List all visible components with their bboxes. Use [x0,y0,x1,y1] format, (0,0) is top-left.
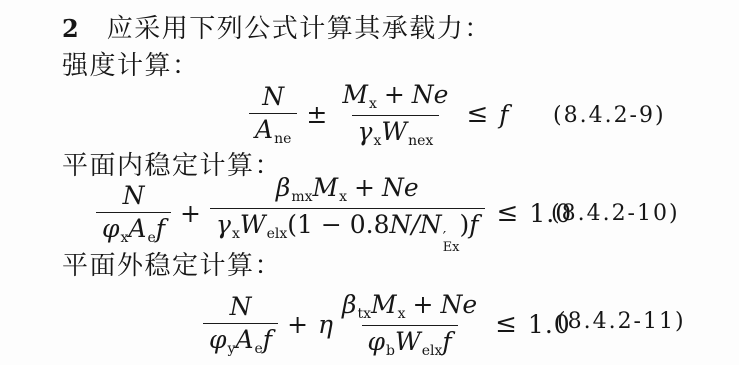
math-var: M [371,290,397,319]
math-sub: elx [422,343,443,359]
plus-operator: + [287,311,308,340]
equation-number: (8.4.2-10) [551,201,680,226]
math-sub: x [369,96,377,112]
fraction-denominator: γxWelx(1 − 0.8N/N′Ex)f [210,208,485,254]
document-page: 2应采用下列公式计算其承载力： 强度计算： N Ane ± Mx+Ne γxWn… [0,0,739,365]
math-var: W [240,210,266,239]
math-var: γ [358,117,373,146]
math-var: f [499,101,509,130]
fraction-numerator: N [224,293,258,324]
math-var: φ [102,214,120,243]
clause-heading: 2应采用下列公式计算其承载力： [62,15,492,44]
math-sub: mx [291,189,312,205]
fraction-numerator: βmxMx+Ne [270,174,425,207]
fraction-denominator: γxWnex [352,115,440,149]
math-sub: x [398,306,406,322]
math-var: β [342,290,356,319]
plus-operator: + [354,173,375,202]
math-sub: ne [274,131,291,147]
prime-mark: ′ [443,230,446,241]
math-text: ) [460,210,470,239]
math-var: φ [209,325,227,354]
math-sub: e [147,230,155,246]
fraction: N φyAef [203,293,278,358]
fraction-numerator: Mx+Ne [336,81,454,114]
equation-number: (8.4.2-9) [553,103,666,128]
prime-subscript-stack: ′Ex [443,230,460,254]
section-label-out-of-plane-stability: 平面外稳定计算： [62,252,282,281]
math-var: f [469,210,478,239]
fraction: N φxAef [96,182,171,247]
formula-in-plane-stability: N φxAef + βmxMx+Ne γxWelx(1 − 0.8N/N′Ex)… [96,185,572,243]
math-var: f [156,214,165,243]
math-sub: b [386,343,395,359]
math-var: Ne [412,80,449,109]
equation-number: (8.4.2-11) [557,309,686,334]
fraction: Mx+Ne γxWnex [336,81,454,148]
leq-sign: ≤ [497,199,519,229]
math-var: γ [216,210,231,239]
fraction-denominator: Ane [249,113,297,147]
clause-number: 2 [62,14,79,43]
math-var-eta: η [318,311,333,340]
math-sub: tx [357,306,371,322]
math-var: W [381,117,407,146]
math-var: M [342,80,368,109]
math-sub: nex [408,133,433,149]
math-var: M [313,173,339,202]
math-var: f [442,327,451,356]
fraction-numerator: βtxMx+Ne [336,291,483,324]
leq-sign: ≤ [466,100,488,130]
math-text: (1 − 0.8 [287,210,389,239]
formula-strength: N Ane ± Mx+Ne γxWnex ≤ f [249,88,510,142]
math-var: A [128,214,146,243]
math-sub: x [339,189,347,205]
math-sub: x [232,226,240,242]
fraction-numerator: N [117,182,151,213]
fraction-denominator: φyAef [203,323,278,357]
math-var: Ne [440,290,477,319]
math-var: φ [368,327,386,356]
fraction: βmxMx+Ne γxWelx(1 − 0.8N/N′Ex)f [210,174,485,253]
fraction: N Ane [249,83,297,148]
math-var: N/N [390,210,442,239]
clause-heading-text: 应采用下列公式计算其承载力： [107,14,492,44]
plus-minus-operator: ± [306,101,327,130]
section-label-strength: 强度计算： [62,52,200,81]
math-var: Ne [382,173,419,202]
leq-sign: ≤ [495,310,517,340]
math-sub: elx [267,226,288,242]
math-var: W [395,327,421,356]
math-var: A [255,115,273,144]
plus-operator: + [180,200,201,229]
plus-operator: + [413,290,434,319]
fraction: βtxMx+Ne φbWelxf [336,291,483,358]
plus-operator: + [384,80,405,109]
fraction-denominator: φbWelxf [362,325,458,359]
math-sub: Ex [443,241,460,254]
math-var: β [276,173,290,202]
math-sub: e [255,341,263,357]
math-var: f [263,325,272,354]
fraction-denominator: φxAef [96,212,171,246]
math-var: A [235,325,253,354]
formula-out-of-plane-stability: N φyAef + η βtxMx+Ne φbWelxf ≤ 1.0 [203,296,571,354]
fraction-numerator: N [256,83,290,114]
